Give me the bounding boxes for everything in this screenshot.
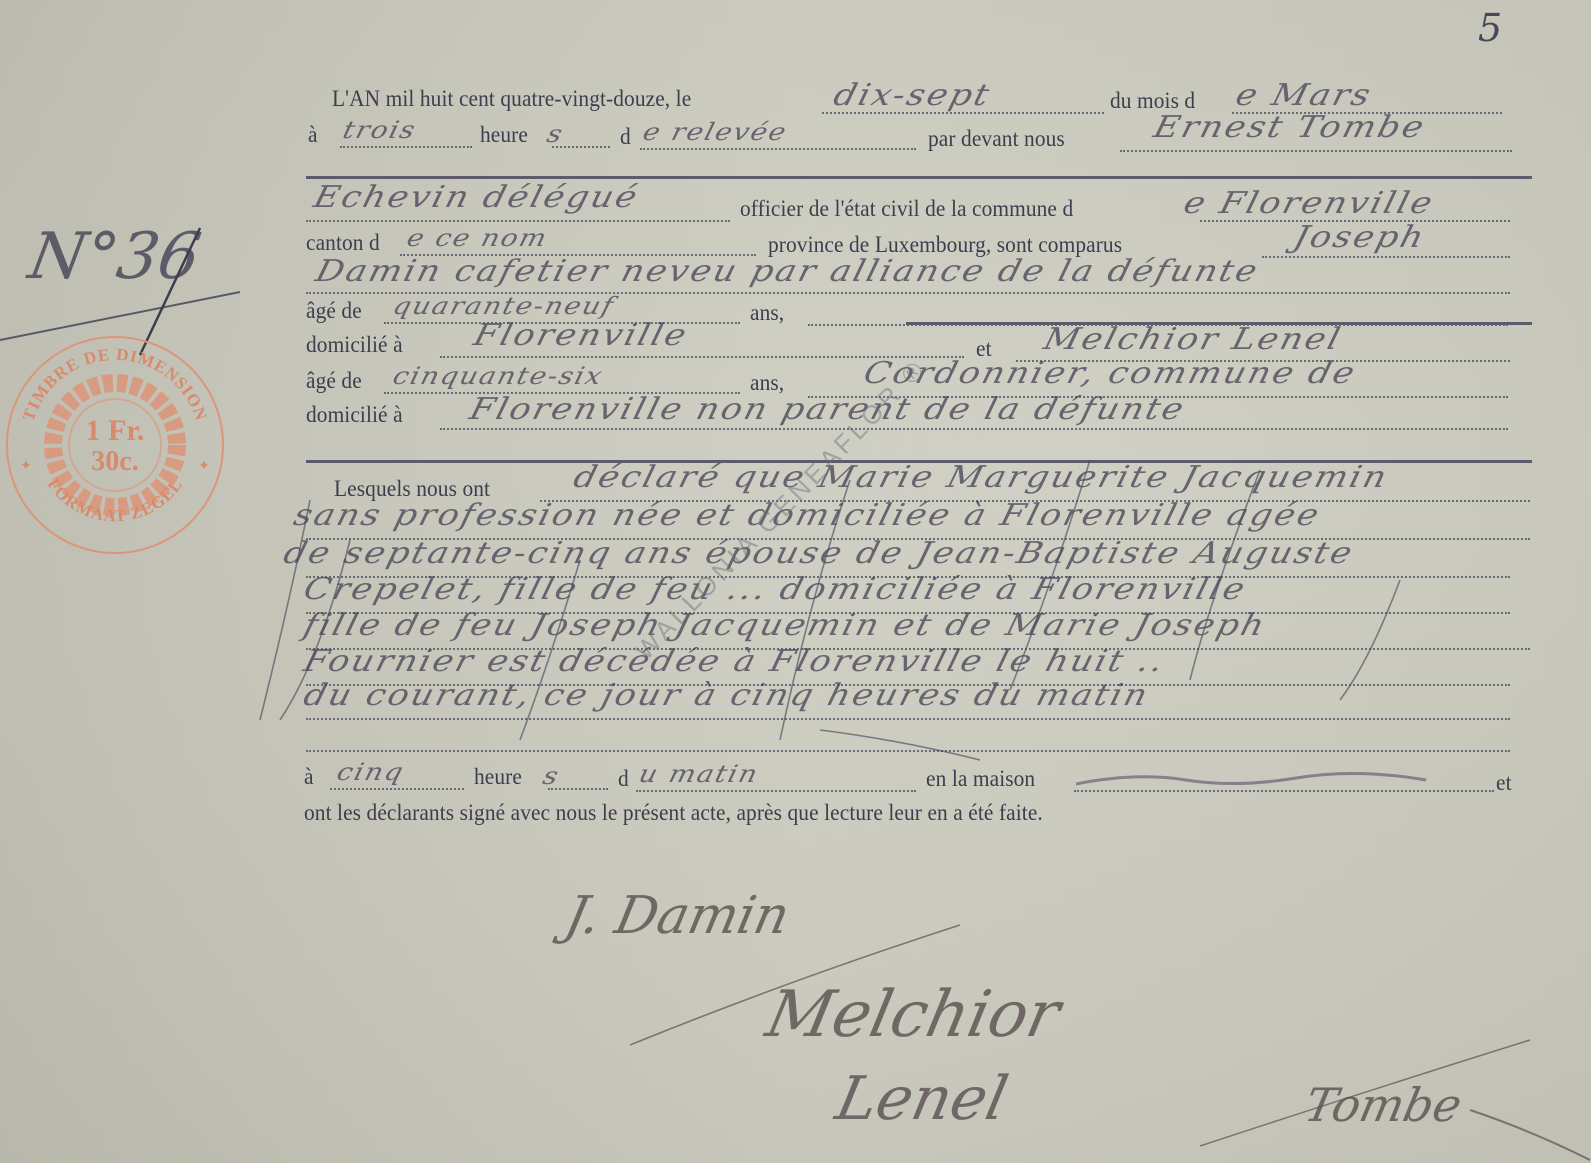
blank-fill-squiggle — [1076, 766, 1436, 790]
form-label: à — [304, 764, 314, 790]
handwritten-suffix: s — [544, 120, 567, 148]
handwritten-commune: e Florenville — [1180, 186, 1438, 221]
stamp-value-centimes: 30c. — [8, 446, 222, 478]
handwritten-declarant1-firstname: Joseph — [1290, 220, 1430, 255]
handwritten-date-month: e Mars — [1232, 78, 1376, 113]
handwritten-declarant2-name: Melchior Lenel — [1040, 322, 1346, 357]
handwritten-officer-name: Ernest Tombe — [1150, 110, 1429, 145]
form-label: en la maison — [926, 766, 1035, 792]
handwritten-canton: e ce nom — [404, 224, 551, 252]
form-label: domicilié à — [306, 402, 403, 428]
handwritten-death-hour: cinq — [334, 758, 408, 786]
handwritten-date-day: dix-sept — [830, 78, 995, 113]
form-label: officier de l'état civil de la commune d — [740, 196, 1073, 222]
stamp-value-francs: 1 Fr. — [8, 414, 222, 448]
form-closing-text: ont les déclarants signé avec nous le pr… — [304, 800, 1043, 826]
svg-text:TIMBRE DE DIMENSION: TIMBRE DE DIMENSION — [19, 345, 211, 424]
handwritten-declarant1-age: quarante-neuf — [390, 292, 618, 320]
form-label: d — [620, 124, 631, 150]
signature-melchior: Melchior — [760, 978, 1066, 1052]
form-label: par devant nous — [928, 126, 1065, 152]
handwritten-declarant2-residence: Florenville non parent de la défunte — [466, 392, 1189, 427]
form-label: âgé de — [306, 368, 362, 394]
handwritten-declarant2-occupation: Cordonnier, commune de — [860, 356, 1360, 391]
handwritten-time-period: e relevée — [640, 118, 791, 146]
handwritten-declarant1-details: Damin cafetier neveu par alliance de la … — [312, 254, 1263, 289]
handwritten-declarant1-residence: Florenville — [470, 318, 692, 353]
signature-lenel: Lenel — [830, 1064, 1014, 1134]
form-label: heure — [474, 764, 522, 790]
page-number-mark: 5 — [1478, 6, 1502, 50]
handwriting-flourishes — [250, 440, 1550, 780]
form-label: d — [618, 766, 629, 792]
handwritten-officer-title: Echevin délégué — [310, 180, 643, 215]
handwritten-time-period: u matin — [636, 760, 762, 788]
handwritten-hour: trois — [340, 116, 420, 144]
form-label: L'AN mil huit cent quatre-vingt-douze, l… — [332, 86, 691, 112]
form-label: et — [1496, 770, 1512, 796]
civil-record-page: 5 N°36 TIMBRE DE DIMENSION FORMAAT ZEGEL… — [0, 0, 1591, 1163]
form-label: âgé de — [306, 298, 362, 324]
tax-stamp: TIMBRE DE DIMENSION FORMAAT ZEGEL ✦ ✦ 1 … — [6, 336, 224, 554]
form-label: domicilié à — [306, 332, 403, 358]
form-label: à — [308, 122, 318, 148]
form-label: ans, — [750, 300, 784, 326]
form-label: heure — [480, 122, 528, 148]
form-label: canton d — [306, 230, 380, 256]
handwritten-declarant2-age: cinquante-six — [390, 362, 606, 390]
officer-signature-flourish — [1190, 1020, 1590, 1163]
